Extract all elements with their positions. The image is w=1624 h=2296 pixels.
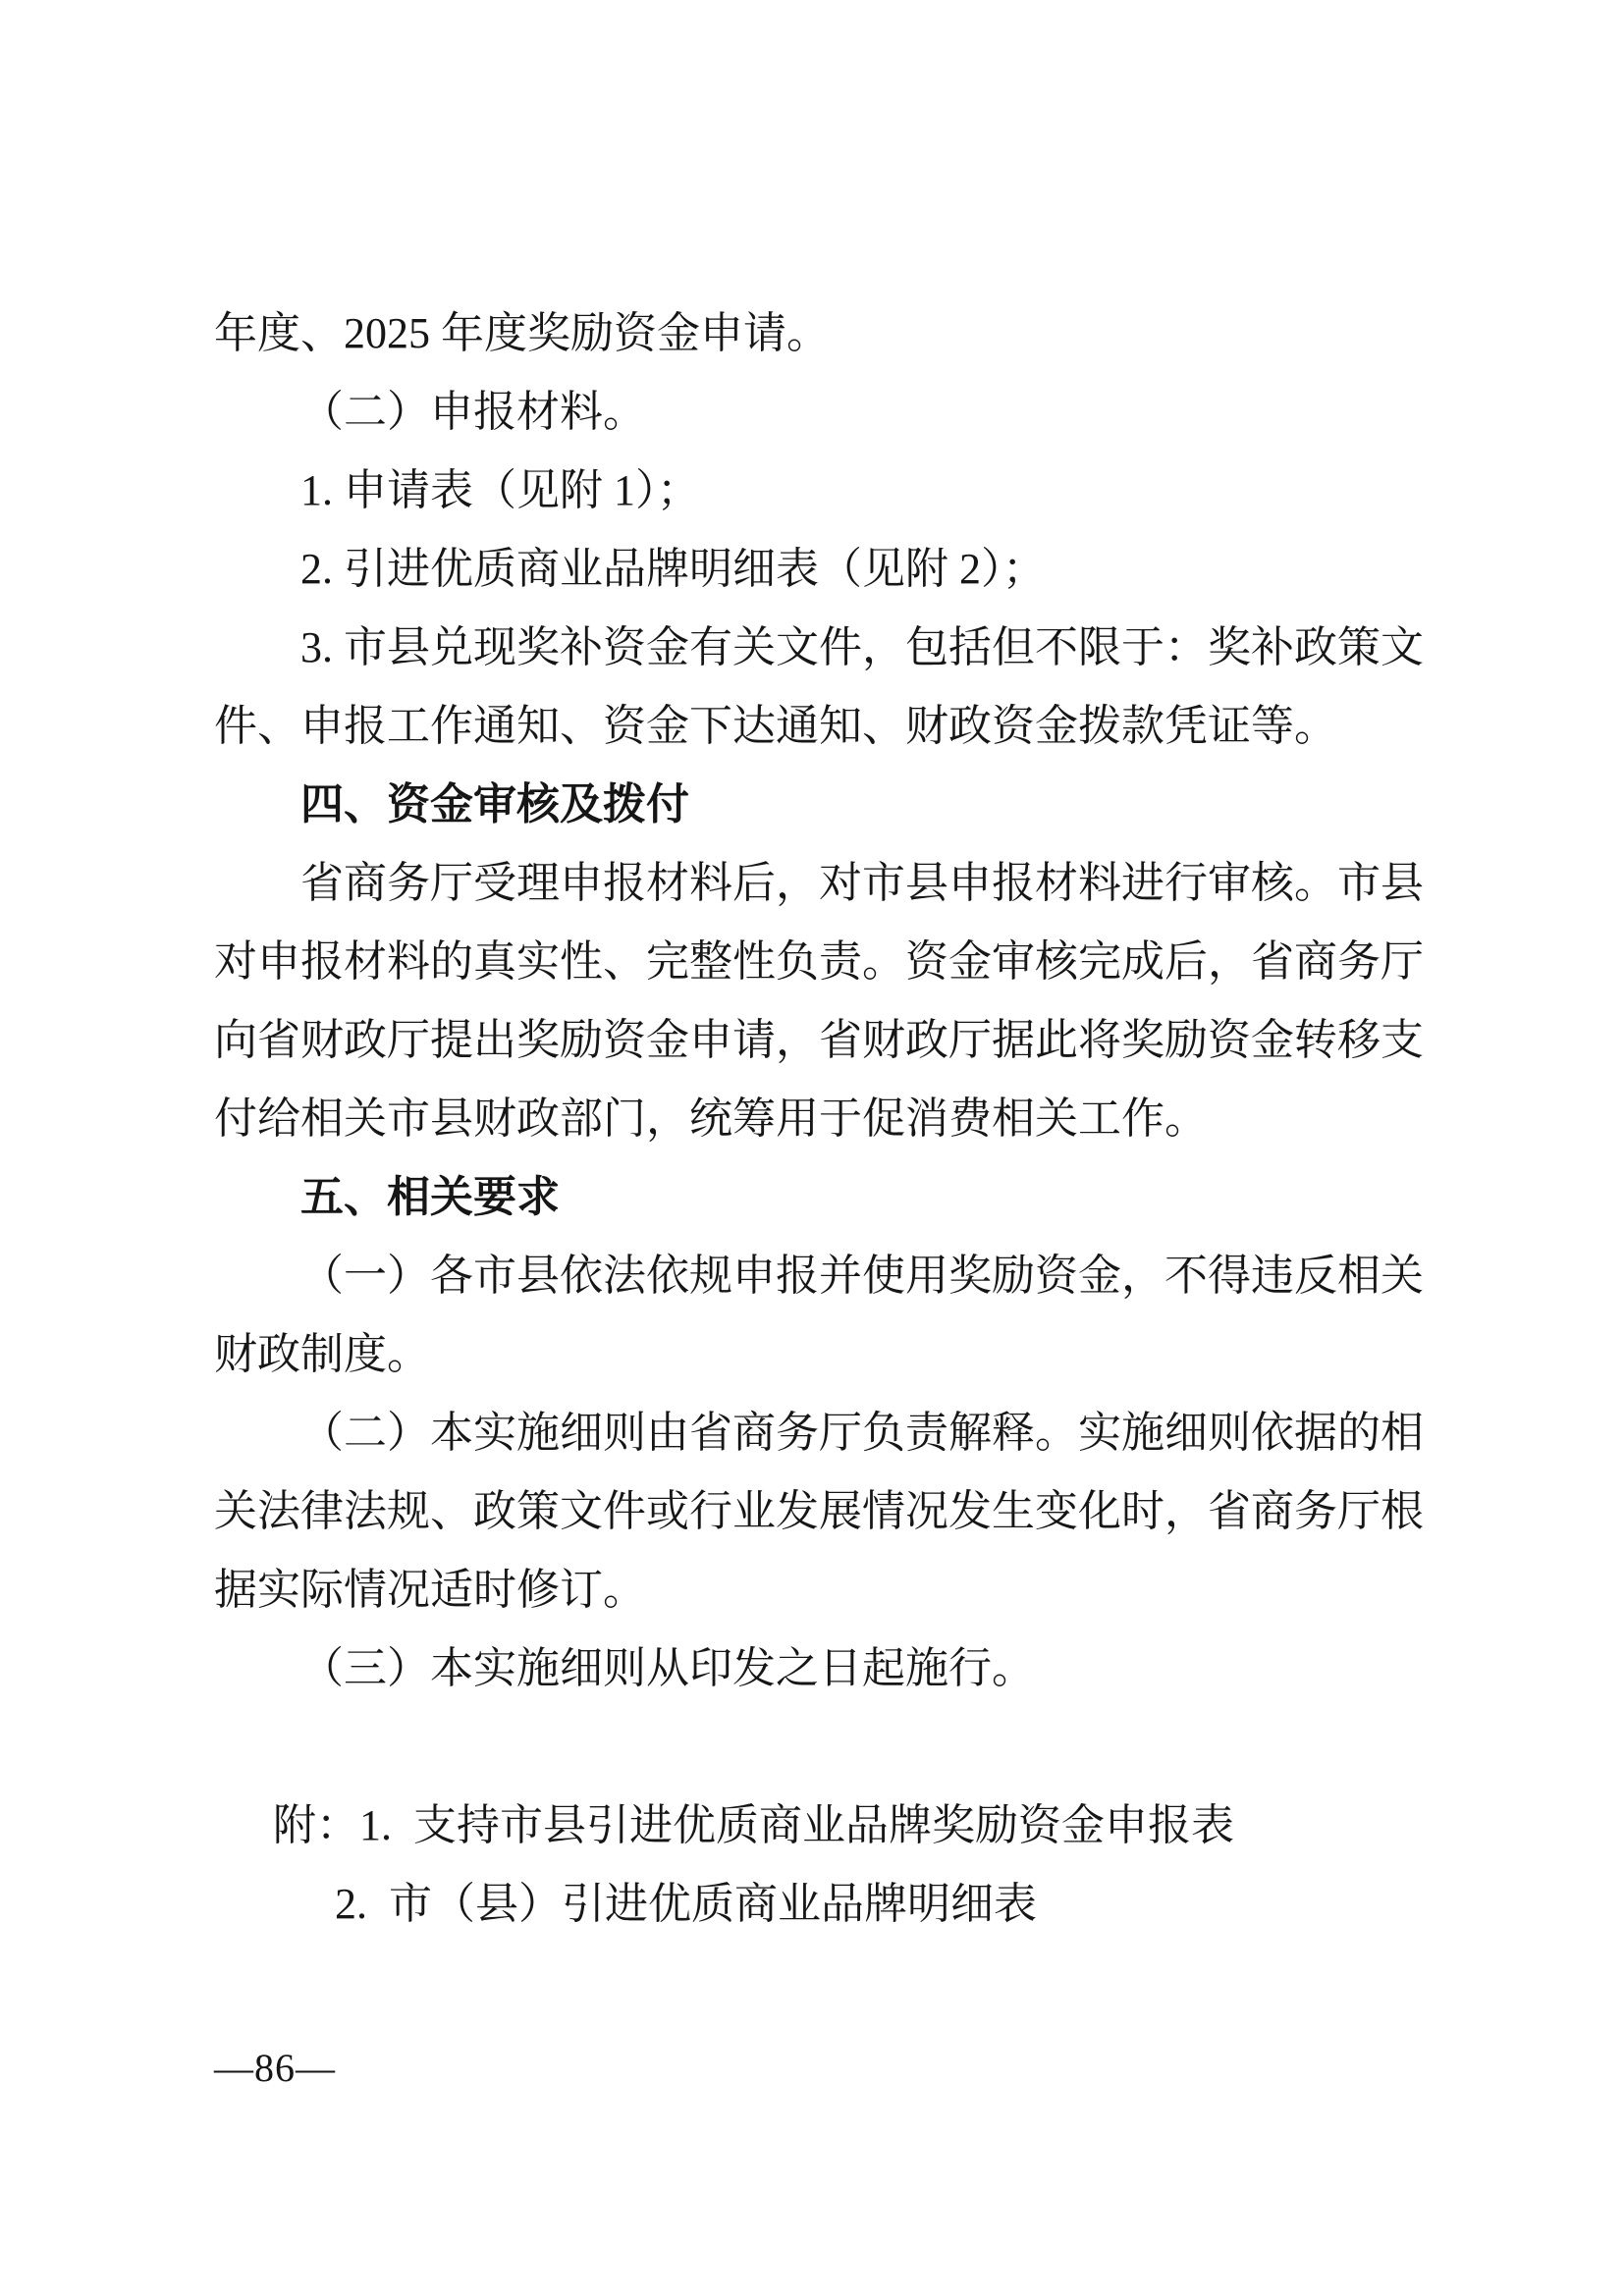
text-line: （二）本实施细则由省商务厅负责解释。实施细则依据的相: [214, 1394, 1424, 1472]
text-line: 向省财政厅提出奖励资金申请，省财政厅据此将奖励资金转移支: [214, 1001, 1424, 1080]
text-line: 2. 引进优质商业品牌明细表（见附 2）；: [214, 530, 1424, 609]
section-heading: 五、相关要求: [214, 1158, 1424, 1237]
text-line: （二）申报材料。: [214, 373, 1424, 452]
text-line: 关法律法规、政策文件或行业发展情况发生变化时，省商务厅根: [214, 1472, 1424, 1551]
text-line: 财政制度。: [214, 1315, 1424, 1394]
text-line: 对申报材料的真实性、完整性负责。资金审核完成后，省商务厅: [214, 923, 1424, 1001]
text-line: 付给相关市县财政部门，统筹用于促消费相关工作。: [214, 1080, 1424, 1158]
text-line: 据实际情况适时修订。: [214, 1551, 1424, 1629]
text-line: 附：1. 支持市县引进优质商业品牌奖励资金申报表: [214, 1787, 1424, 1865]
text-line: （一）各市县依法依规申报并使用奖励资金，不得违反相关: [214, 1237, 1424, 1315]
text-line: 3. 市县兑现奖补资金有关文件，包括但不限于：奖补政策文: [214, 609, 1424, 687]
document-page: 年度、2025 年度奖励资金申请。（二）申报材料。1. 申请表（见附 1）；2.…: [0, 0, 1624, 2296]
blank-line: [214, 1708, 1424, 1787]
text-line: （三）本实施细则从印发之日起施行。: [214, 1629, 1424, 1708]
text-line: 2. 市（县）引进优质商业品牌明细表: [214, 1865, 1424, 1944]
section-heading: 四、资金审核及拨付: [214, 766, 1424, 844]
page-number: —86—: [214, 2047, 336, 2090]
document-body: 年度、2025 年度奖励资金申请。（二）申报材料。1. 申请表（见附 1）；2.…: [214, 294, 1424, 1944]
text-line: 1. 申请表（见附 1）；: [214, 452, 1424, 530]
text-line: 年度、2025 年度奖励资金申请。: [214, 294, 1424, 373]
text-line: 件、申报工作通知、资金下达通知、财政资金拨款凭证等。: [214, 687, 1424, 766]
text-line: 省商务厅受理申报材料后，对市县申报材料进行审核。市县: [214, 844, 1424, 923]
